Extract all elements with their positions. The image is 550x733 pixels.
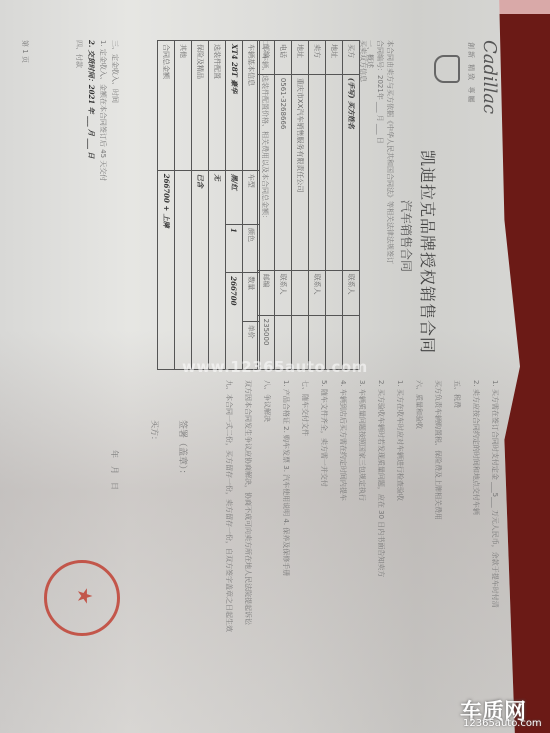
table-row: 合同总金额266700 + 上牌 <box>158 41 175 370</box>
header-cell: 车辆基本信息 <box>243 41 260 171</box>
cadillac-crest-icon <box>434 55 460 83</box>
vehicle-color: 黑/红 <box>226 170 243 224</box>
header-cell: 车型 <box>243 170 260 224</box>
cell-label: 保险及精品 <box>192 41 209 171</box>
intro-line: 本合同由卖方与买方依据《中华人民共和国合同法》等相关法律法规签订 <box>385 40 395 264</box>
party-table: 买方(手写) 买方姓名联系人 地址 卖方联系人 地址重庆市XX汽车销售服务有限责… <box>257 40 360 370</box>
table-row: 地址重庆市XX汽车销售服务有限责任公司 <box>292 41 309 370</box>
table-row: 其他 <box>175 41 192 370</box>
cell-value <box>175 170 192 369</box>
cell-label <box>326 270 343 315</box>
term-line: 3. 车辆质量问题按照国家三包规定执行 <box>357 380 367 501</box>
term-line: 六、质量和验收 <box>414 380 424 429</box>
cell-value: 0561-3268666 <box>275 74 292 270</box>
buyer-sign-label: 买方： <box>149 420 160 444</box>
payment-line: 1. 定金收入、金额在本合同签订后 45 天交付 <box>98 40 108 181</box>
term-line: 八、争议解决 <box>262 380 272 422</box>
term-line: 2. 卖方应按合同约定的时间和地点交付车辆 <box>471 380 481 515</box>
table-row: 地址 <box>326 41 343 370</box>
contract-title: 凯迪拉克品牌授权销售合同 <box>417 150 440 354</box>
contract-subtitle: 汽车销售合同 <box>398 200 415 272</box>
term-line: 1. 买方需在签订合同时支付定金 ___5___ 万元人民币，余款于提车时付清 <box>490 380 500 608</box>
term-line: 七、随车交付文件 <box>300 380 310 436</box>
term-line: 九、本合同一式二份，买方留存一份，卖方留存一份，自双方签字盖章之日起生效 <box>224 380 234 632</box>
intro-line: 合同编号：2021年 ___ 月 ___ 日 <box>375 40 385 144</box>
term-line: 买方负责车辆购置税、保险费及上牌相关费用 <box>433 380 443 520</box>
term-line: 五、税费 <box>452 380 462 408</box>
brand-tagline: 創新 精致 專屬 <box>466 42 476 104</box>
cell-label: 电话 <box>275 41 292 75</box>
cell-value: 已含 <box>192 170 209 369</box>
vehicle-quantity: 1 <box>226 224 243 272</box>
cell-value: (手写) 买方姓名 <box>343 74 360 270</box>
payment-line: 三、定金收入、时间 <box>110 40 120 103</box>
cell-label: 地址 <box>326 41 343 75</box>
cell-label: 联系人 <box>275 270 292 315</box>
payment-line: 2. 交货时间：2021 年 ___ 月 ___ 日 <box>86 40 96 158</box>
star-icon: ★ <box>73 587 97 605</box>
cell-value <box>309 74 326 270</box>
cell-label <box>292 270 309 315</box>
term-line: 双方因本合同发生争议应协商解决，协商不成可向卖方所在地人民法院提起诉讼 <box>243 380 253 625</box>
cell-label: 地址 <box>292 41 309 75</box>
vehicle-section-title: 二、车辆、选装件配置价格、相关费用以及本合同总金额： <box>260 40 270 222</box>
payment-line: 四、付款 <box>74 40 84 68</box>
table-row: 车辆基本信息 车型 颜色 数量 单价 <box>243 41 260 370</box>
term-line: 1. 产品合格证 2. 购车发票 3. 汽车使用说明 4. 保养及保修手册 <box>281 380 291 576</box>
cell-label: 合同总金额 <box>158 41 175 171</box>
table-row: 保险及精品已含 <box>192 41 209 370</box>
vehicle-price: 266700 <box>226 273 243 370</box>
cell-label: 邮编 <box>258 270 275 315</box>
term-line: 5. 随车文件齐全，卖方需一并交付 <box>319 380 329 487</box>
watermark-corner-url: 12365auto.com <box>463 718 542 729</box>
term-line: 4. 车辆到店后买方需在约定时间内提车 <box>338 380 348 501</box>
vehicle-model: XT4 28T 豪华 <box>226 41 243 171</box>
term-line: 1. 买方在收车时应对车辆进行检查验收 <box>395 380 405 501</box>
cell-value: 重庆市XX汽车销售服务有限责任公司 <box>292 74 309 270</box>
contract-total: 266700 + 上牌 <box>158 170 175 369</box>
cell-label: 卖方 <box>309 41 326 75</box>
vehicle-table: 车辆基本信息 车型 颜色 数量 单价 XT4 28T 豪华 黑/红 1 2667… <box>157 40 260 370</box>
company-seal: ★ <box>44 560 120 636</box>
cell-label: 联系人 <box>309 270 326 315</box>
cell-label: 买方 <box>343 41 360 75</box>
page-footer: 第 1 页 <box>20 40 30 63</box>
cell-value <box>326 74 343 270</box>
table-row: 买方(手写) 买方姓名联系人 <box>343 41 360 370</box>
cell-label: 联系人 <box>343 270 360 315</box>
watermark-url: www.12365auto.com <box>182 358 368 376</box>
header-cell: 颜色 <box>243 224 260 272</box>
table-row: 卖方联系人 <box>309 41 326 370</box>
term-line: 2. 买方验收车辆时若发现质量问题，应在 30 日内书面告知卖方 <box>376 380 386 577</box>
table-row: XT4 28T 豪华 黑/红 1 266700 <box>226 41 243 370</box>
cadillac-logo: Cadillac <box>479 40 500 114</box>
cell-label: 其他 <box>175 41 192 171</box>
cell-label: 选装件配置 <box>209 41 226 171</box>
header-cell: 数量 <box>243 273 260 321</box>
table-row: 选装件配置无 <box>209 41 226 370</box>
signature-label: 签署（盖章）： <box>177 420 190 479</box>
table-row: 电话0561-3268666联系人 <box>275 41 292 370</box>
cell-value: 无 <box>209 170 226 369</box>
date-label: 年 月 日 <box>109 450 120 490</box>
